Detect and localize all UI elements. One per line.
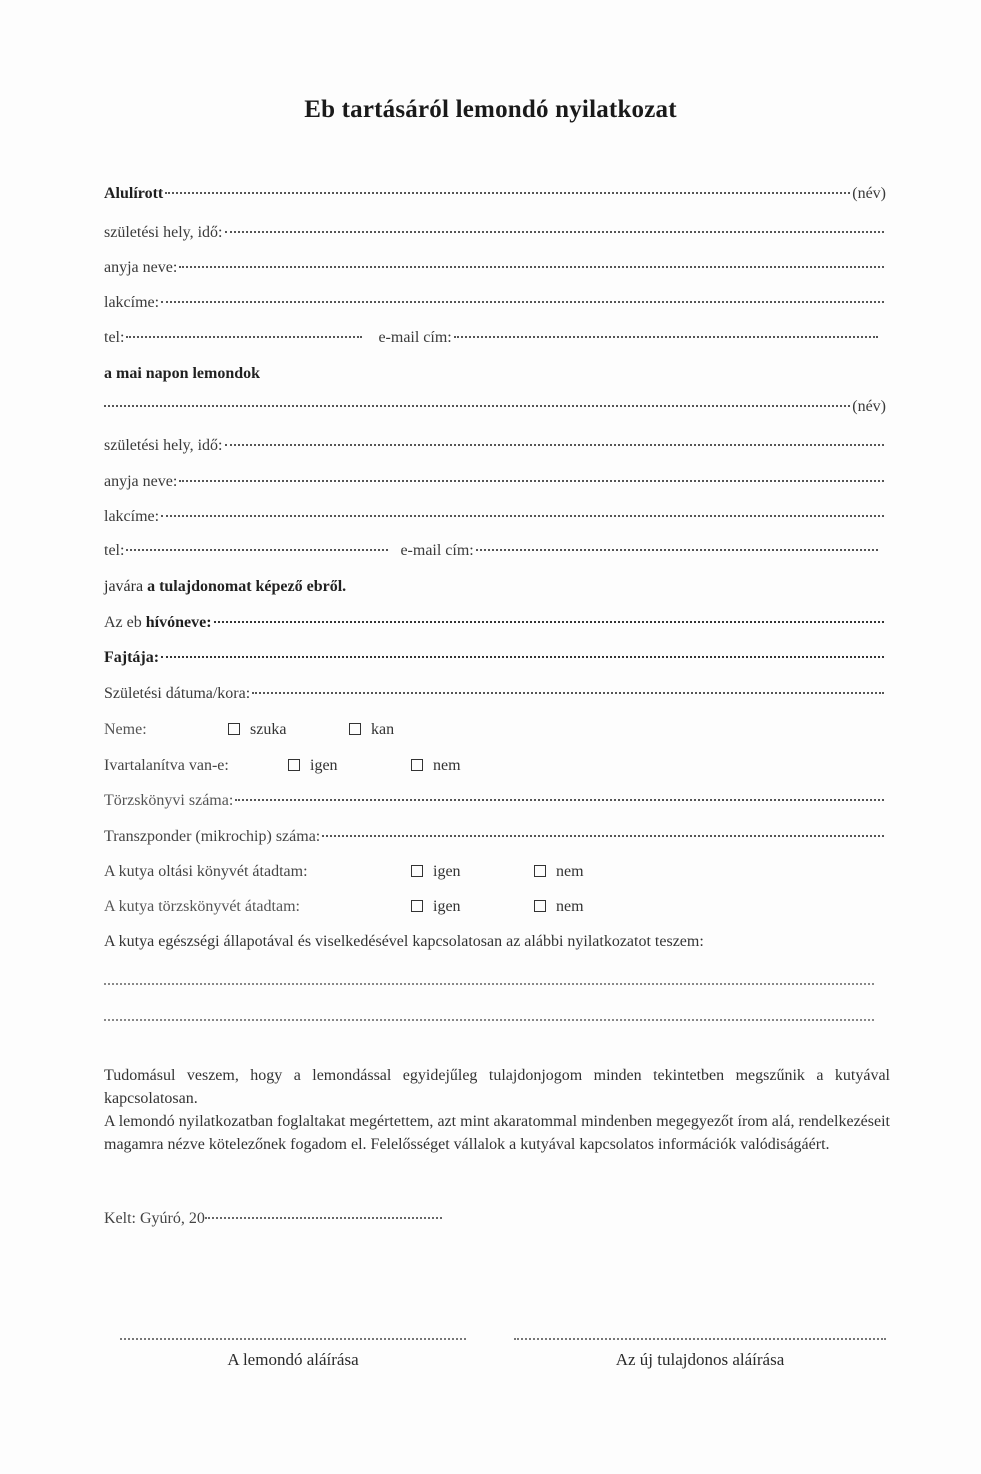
recipient-name-suffix: (név)	[852, 398, 886, 416]
declarant-name-field[interactable]: Alulírott (név)	[104, 185, 886, 209]
checkbox-icon[interactable]	[349, 723, 361, 735]
signature-line-left[interactable]	[120, 1338, 466, 1340]
pedigree-number-blank[interactable]	[235, 799, 884, 801]
recipient-name-field[interactable]: (név)	[104, 398, 886, 422]
signature-line-right[interactable]	[514, 1338, 886, 1340]
page-title: Eb tartásáról lemondó nyilatkozat	[0, 96, 981, 124]
checkbox-icon[interactable]	[411, 865, 423, 877]
mother-label: anyja neve:	[104, 259, 177, 277]
neutered-option-no[interactable]: nem	[411, 757, 461, 775]
checkbox-icon[interactable]	[534, 865, 546, 877]
sex-label: Neme:	[104, 721, 147, 739]
address-label: lakcíme:	[104, 294, 159, 312]
pedigree-number-label: Törzskönyvi száma:	[104, 792, 233, 810]
declarant-mother-field[interactable]: anyja neve:	[104, 259, 886, 283]
recipient-email-label: e-mail cím:	[400, 542, 473, 560]
date-label: Kelt: Gyúró, 20	[104, 1210, 205, 1228]
name-suffix: (név)	[852, 185, 886, 203]
health-statement-line-1[interactable]	[104, 983, 874, 985]
acknowledgement-text: Tudomásul veszem, hogy a lemondással egy…	[104, 1064, 890, 1156]
dog-birth-field[interactable]: Születési dátuma/kora:	[104, 685, 886, 709]
recipient-tel-label: tel:	[104, 542, 124, 560]
mother-blank[interactable]	[179, 266, 884, 268]
email-blank[interactable]	[454, 336, 878, 338]
dog-birth-label: Születési dátuma/kora:	[104, 685, 250, 703]
email-label: e-mail cím:	[378, 329, 451, 347]
recipient-email-blank[interactable]	[476, 549, 878, 551]
declarant-address-field[interactable]: lakcíme:	[104, 294, 886, 318]
checkbox-icon[interactable]	[411, 759, 423, 771]
vaccination-book-no[interactable]: nem	[534, 863, 584, 881]
recipient-contact-field[interactable]: tel: e-mail cím:	[104, 542, 886, 566]
recipient-birth-blank[interactable]	[225, 444, 885, 446]
breed-label: Fajtája:	[104, 649, 159, 667]
checkbox-icon[interactable]	[534, 900, 546, 912]
pedigree-number-field[interactable]: Törzskönyvi száma:	[104, 792, 886, 816]
tel-label: tel:	[104, 329, 124, 347]
birth-blank[interactable]	[225, 231, 885, 233]
breed-blank[interactable]	[161, 656, 884, 658]
declarant-contact-field[interactable]: tel: e-mail cím:	[104, 329, 886, 353]
pedigree-book-no[interactable]: nem	[534, 898, 584, 916]
recipient-mother-field[interactable]: anyja neve:	[104, 473, 886, 497]
recipient-birth-field[interactable]: születési hely, idő:	[104, 437, 886, 461]
recipient-address-blank[interactable]	[161, 515, 884, 517]
chip-number-label: Transzponder (mikrochip) száma:	[104, 828, 320, 846]
sex-option-female[interactable]: szuka	[228, 721, 286, 739]
recipient-name-blank[interactable]	[104, 405, 850, 407]
signature-label-left: A lemondó aláírása	[120, 1350, 466, 1370]
transfer-text: a mai napon lemondok	[104, 365, 260, 383]
checkbox-icon[interactable]	[411, 900, 423, 912]
vaccination-book-yes[interactable]: igen	[411, 863, 461, 881]
health-statement-line-2[interactable]	[104, 1019, 874, 1021]
dog-birth-blank[interactable]	[252, 692, 884, 694]
tel-blank[interactable]	[126, 336, 362, 338]
sex-option-male[interactable]: kan	[349, 721, 394, 739]
date-blank[interactable]	[205, 1217, 442, 1219]
health-statement-label: A kutya egészségi állapotával és viselke…	[104, 933, 704, 951]
recipient-tel-blank[interactable]	[126, 549, 388, 551]
benefit-text: javára a tulajdonomat képező ebről.	[104, 578, 346, 596]
date-field[interactable]: Kelt: Gyúró, 20	[104, 1210, 444, 1234]
recipient-mother-blank[interactable]	[179, 480, 884, 482]
signature-label-right: Az új tulajdonos aláírása	[514, 1350, 886, 1370]
dog-callname-field[interactable]: Az eb hívóneve:	[104, 614, 886, 638]
pedigree-book-label: A kutya törzskönyvét átadtam:	[104, 898, 300, 916]
callname-blank[interactable]	[214, 621, 884, 623]
birth-label: születési hely, idő:	[104, 224, 223, 242]
checkbox-icon[interactable]	[228, 723, 240, 735]
benefit-bold: a tulajdonomat képező ebről.	[147, 578, 346, 595]
chip-number-blank[interactable]	[322, 835, 884, 837]
neutered-option-yes[interactable]: igen	[288, 757, 338, 775]
chip-number-field[interactable]: Transzponder (mikrochip) száma:	[104, 828, 886, 852]
neutered-label: Ivartalanítva van-e:	[104, 757, 229, 775]
recipient-address-label: lakcíme:	[104, 508, 159, 526]
callname-label-bold: hívóneve:	[146, 614, 212, 632]
recipient-mother-label: anyja neve:	[104, 473, 177, 491]
declarant-name-label: Alulírott	[104, 185, 163, 203]
name-blank[interactable]	[165, 192, 850, 194]
recipient-birth-label: születési hely, idő:	[104, 437, 223, 455]
pedigree-book-yes[interactable]: igen	[411, 898, 461, 916]
checkbox-icon[interactable]	[288, 759, 300, 771]
recipient-address-field[interactable]: lakcíme:	[104, 508, 886, 532]
callname-label-plain: Az eb	[104, 614, 142, 632]
vaccination-book-label: A kutya oltási könyvét átadtam:	[104, 863, 308, 881]
declarant-birth-field[interactable]: születési hely, idő:	[104, 224, 886, 248]
acknowledgement-paragraph-2: A lemondó nyilatkozatban foglaltakat meg…	[104, 1110, 890, 1156]
acknowledgement-paragraph-1: Tudomásul veszem, hogy a lemondással egy…	[104, 1064, 890, 1110]
address-blank[interactable]	[161, 301, 884, 303]
dog-breed-field[interactable]: Fajtája:	[104, 649, 886, 673]
benefit-prefix: javára	[104, 578, 143, 595]
